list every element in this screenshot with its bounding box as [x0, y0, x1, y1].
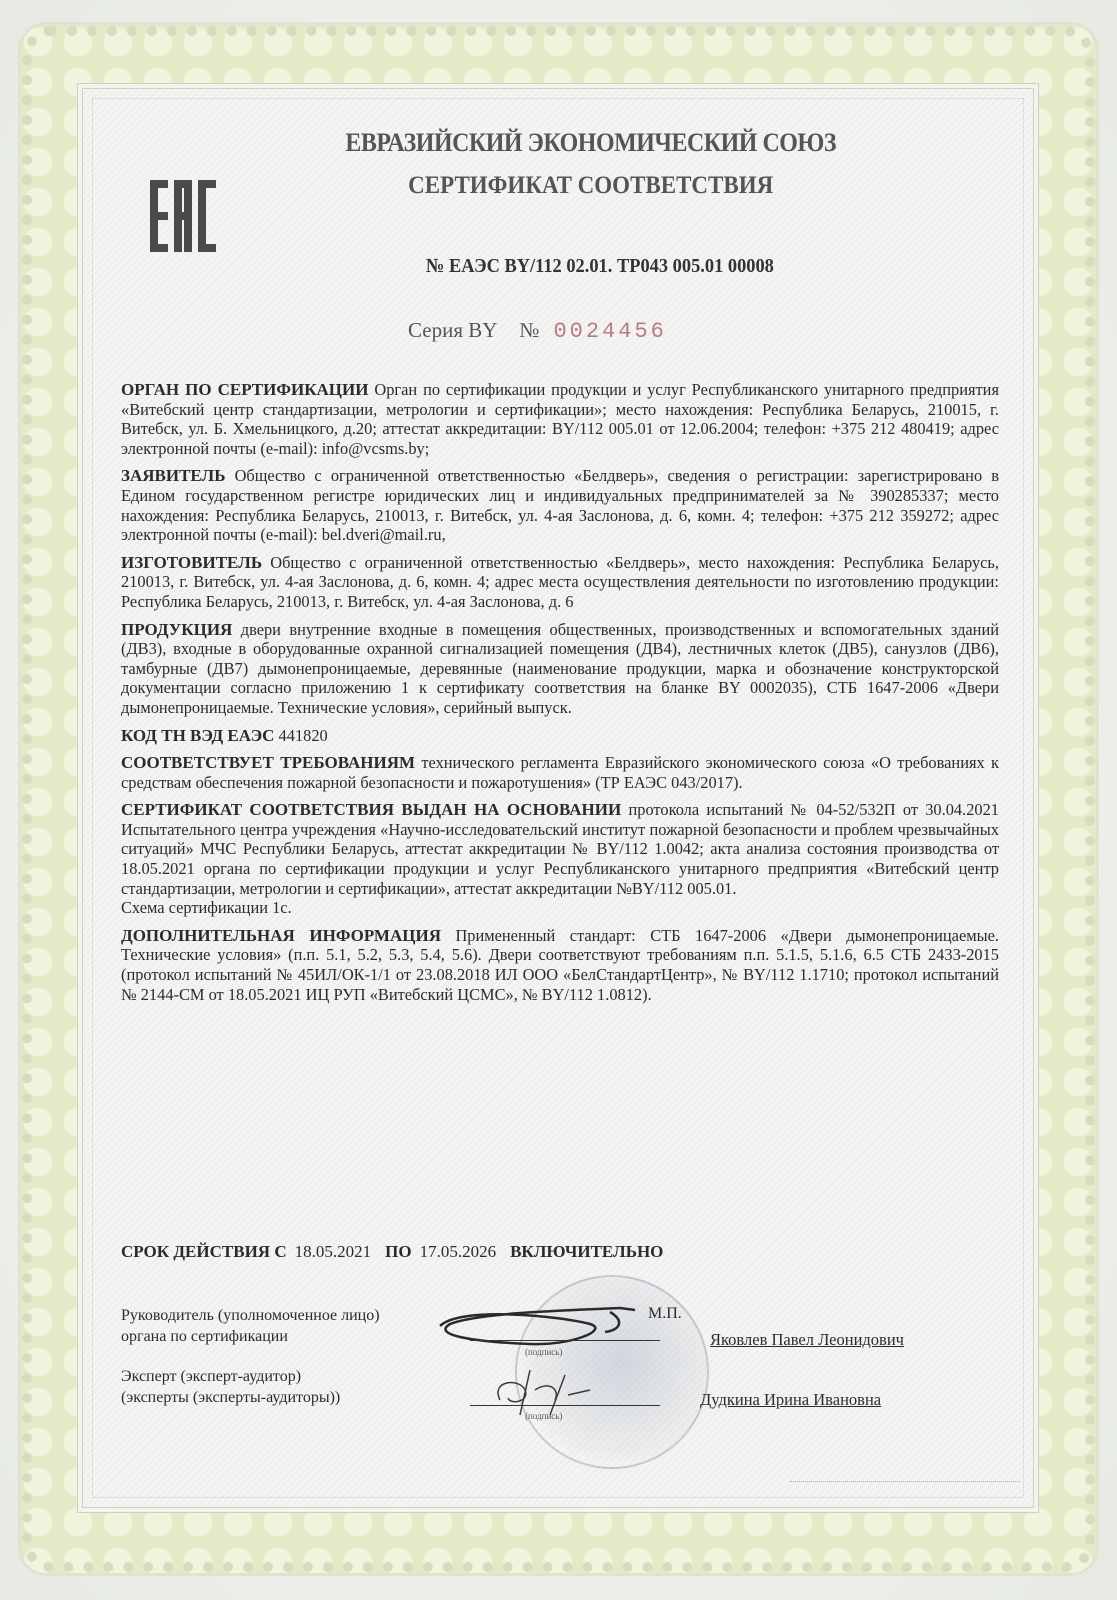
section-compliance: СООТВЕТСТВУЕТ ТРЕБОВАНИЯМ технического р… [121, 753, 999, 792]
section-label: ДОПОЛНИТЕЛЬНАЯ ИНФОРМАЦИЯ [121, 926, 441, 945]
expert-name: Дудкина Ирина Ивановна [700, 1390, 881, 1410]
validity-from-label: СРОК ДЕЙСТВИЯ С [121, 1242, 287, 1261]
section-label: КОД ТН ВЭД ЕАЭС [121, 726, 274, 745]
head-label: Руководитель (уполномоченное лицо) орган… [121, 1305, 380, 1347]
series-line: Серия BY№0024456 [408, 318, 667, 344]
certification-scheme: Схема сертификации 1с. [121, 898, 999, 918]
certificate-title: СЕРТИФИКАТ СООТВЕТСТВИЯ [45, 172, 1073, 200]
section-label: ЗАЯВИТЕЛЬ [121, 466, 225, 485]
certificate-number: № ЕАЭС BY/112 02.01. ТР043 005.01 00008 [45, 255, 1073, 278]
certificate-page: ЕВРАЗИЙСКИЙ ЭКОНОМИЧЕСКИЙ СОЮЗ СЕРТИФИКА… [0, 0, 1117, 1600]
section-hs-code: КОД ТН ВЭД ЕАЭС 441820 [121, 726, 999, 746]
section-basis: СЕРТИФИКАТ СООТВЕТСТВИЯ ВЫДАН НА ОСНОВАН… [121, 800, 999, 898]
stamp-place-label: М.П. [648, 1303, 682, 1324]
section-label: ПРОДУКЦИЯ [121, 620, 232, 639]
union-title: ЕВРАЗИЙСКИЙ ЭКОНОМИЧЕСКИЙ СОЮЗ [45, 128, 1073, 158]
expert-signature-caption: (подпись) [525, 1411, 562, 1421]
validity-to-date: 17.05.2026 [420, 1242, 497, 1261]
print-shop-imprint [790, 1477, 1020, 1482]
section-text: двери внутренние входные в помещения общ… [121, 620, 999, 717]
section-label: СООТВЕТСТВУЕТ ТРЕБОВАНИЯМ [121, 753, 415, 772]
number-sign: № [519, 318, 539, 342]
series-label: Серия BY [408, 318, 497, 342]
section-additional-info: ДОПОЛНИТЕЛЬНАЯ ИНФОРМАЦИЯ Примененный ст… [121, 926, 999, 1004]
head-signature-caption: (подпись) [525, 1347, 562, 1357]
validity-suffix: ВКЛЮЧИТЕЛЬНО [510, 1242, 663, 1261]
certificate-body: ОРГАН ПО СЕРТИФИКАЦИИ Орган по сертифика… [121, 380, 999, 1012]
head-name: Яковлев Павел Леонидович [710, 1330, 904, 1350]
validity-from-date: 18.05.2021 [295, 1242, 372, 1261]
section-text: Общество с ограниченной ответственностью… [121, 466, 999, 544]
section-product: ПРОДУКЦИЯ двери внутренние входные в пом… [121, 620, 999, 718]
section-label: СЕРТИФИКАТ СООТВЕТСТВИЯ ВЫДАН НА ОСНОВАН… [121, 800, 621, 819]
section-applicant: ЗАЯВИТЕЛЬ Общество с ограниченной ответс… [121, 466, 999, 544]
section-text: 441820 [279, 726, 328, 745]
validity-period: СРОК ДЕЙСТВИЯ С18.05.2021ПО17.05.2026ВКЛ… [121, 1242, 663, 1262]
section-certification-body: ОРГАН ПО СЕРТИФИКАЦИИ Орган по сертифика… [121, 380, 999, 458]
validity-to-label: ПО [385, 1242, 411, 1261]
section-label: ОРГАН ПО СЕРТИФИКАЦИИ [121, 380, 368, 399]
section-manufacturer: ИЗГОТОВИТЕЛЬ Общество с ограниченной отв… [121, 553, 999, 612]
blank-number: 0024456 [553, 319, 666, 344]
expert-label: Эксперт (эксперт-аудитор) (эксперты (экс… [121, 1366, 340, 1408]
expert-signature-line [470, 1405, 660, 1406]
section-label: ИЗГОТОВИТЕЛЬ [121, 553, 262, 572]
head-signature-line [470, 1340, 660, 1341]
